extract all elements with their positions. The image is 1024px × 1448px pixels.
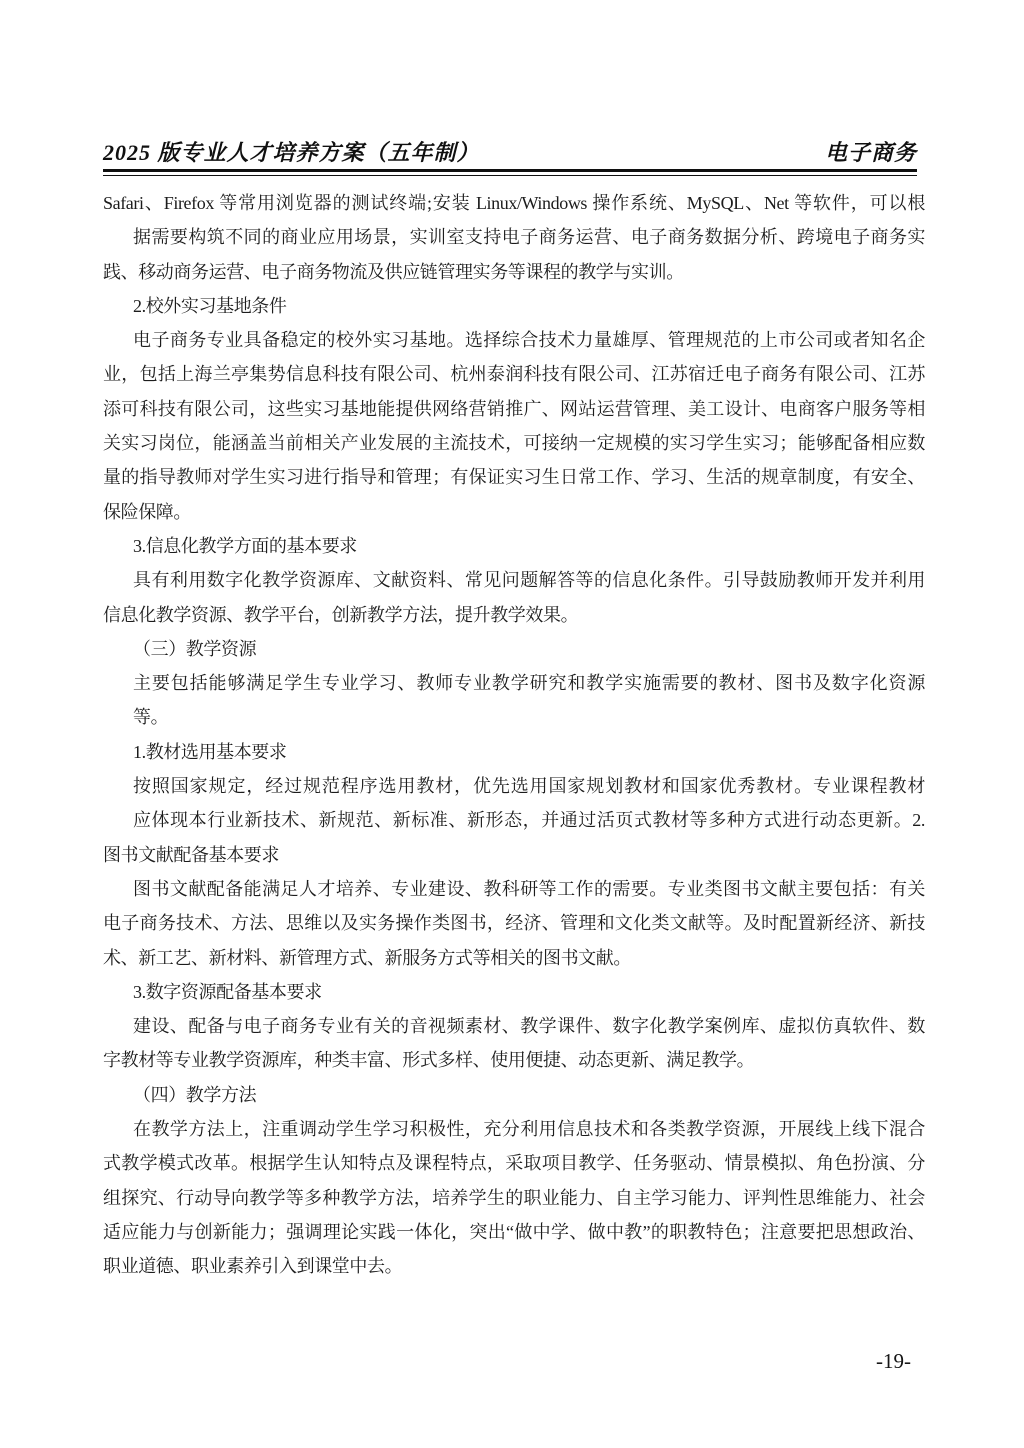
text-line: 业，包括上海兰亭集势信息科技有限公司、杭州泰润科技有限公司、江苏宿迁电子商务有限… [103, 357, 925, 391]
text-line: 3.数字资源配备基本要求 [103, 975, 925, 1009]
text-line: Safari、Firefox 等常用浏览器的测试终端;安装 Linux/Wind… [103, 186, 925, 220]
text-line: 电子商务专业具备稳定的校外实习基地。选择综合技术力量雄厚、管理规范的上市公司或者… [103, 323, 925, 357]
page-footer: -19- [103, 1349, 925, 1374]
text-line: 添可科技有限公司，这些实习基地能提供网络营销推广、网站运营管理、美工设计、电商客… [103, 392, 925, 426]
header-title-left: 2025 版专业人才培养方案（五年制） [103, 136, 480, 167]
text-line: 建设、配备与电子商务专业有关的音视频素材、教学课件、数字化教学案例库、虚拟仿真软… [103, 1009, 925, 1043]
document-page: 2025 版专业人才培养方案（五年制） 电子商务 Safari、Firefox … [0, 0, 1024, 1448]
text-line: 适应能力与创新能力；强调理论实践一体化，突出“做中学、做中教”的职教特色；注意要… [103, 1215, 925, 1249]
text-line: 职业道德、职业素养引入到课堂中去。 [103, 1249, 925, 1283]
header-double-rule [103, 169, 917, 176]
text-line: 1.教材选用基本要求 [103, 735, 925, 769]
text-line: 信息化教学资源、教学平台，创新教学方法，提升教学效果。 [103, 598, 925, 632]
text-line: 电子商务技术、方法、思维以及实务操作类图书，经济、管理和文化类文献等。及时配置新… [103, 906, 925, 940]
text-line: 在教学方法上，注重调动学生学习积极性，充分利用信息技术和各类教学资源，开展线上线… [103, 1112, 925, 1146]
text-line: 据需要构筑不同的商业应用场景，实训室支持电子商务运营、电子商务数据分析、跨境电子… [103, 220, 925, 254]
text-line: 等。 [103, 700, 925, 734]
text-line: 按照国家规定，经过规范程序选用教材，优先选用国家规划教材和国家优秀教材。专业课程… [103, 769, 925, 803]
text-line: （四）教学方法 [103, 1078, 925, 1112]
text-line: 图书文献配备能满足人才培养、专业建设、教科研等工作的需要。专业类图书文献主要包括… [103, 872, 925, 906]
page-number: -19- [876, 1349, 911, 1373]
text-line: 具有利用数字化教学资源库、文献资料、常见问题解答等的信息化条件。引导鼓励教师开发… [103, 563, 925, 597]
text-line: 2.校外实习基地条件 [103, 289, 925, 323]
text-line: 关实习岗位，能涵盖当前相关产业发展的主流技术，可接纳一定规模的实习学生实习；能够… [103, 426, 925, 460]
text-line: 式教学模式改革。根据学生认知特点及课程特点，采取项目教学、任务驱动、情景模拟、角… [103, 1146, 925, 1180]
page-header: 2025 版专业人才培养方案（五年制） 电子商务 [103, 136, 917, 167]
text-line: 字教材等专业教学资源库，种类丰富、形式多样、使用便捷、动态更新、满足教学。 [103, 1043, 925, 1077]
text-line: 保险保障。 [103, 495, 925, 529]
text-line: 践、移动商务运营、电子商务物流及供应链管理实务等课程的教学与实训。 [103, 255, 925, 289]
text-line: 应体现本行业新技术、新规范、新标准、新形态，并通过活页式教材等多种方式进行动态更… [103, 803, 925, 837]
body-text: Safari、Firefox 等常用浏览器的测试终端;安装 Linux/Wind… [103, 186, 925, 1284]
text-line: 主要包括能够满足学生专业学习、教师专业教学研究和教学实施需要的教材、图书及数字化… [103, 666, 925, 700]
text-line: （三）教学资源 [103, 632, 925, 666]
header-title-right: 电子商务 [825, 136, 917, 167]
text-line: 组探究、行动导向教学等多种教学方法，培养学生的职业能力、自主学习能力、评判性思维… [103, 1181, 925, 1215]
text-line: 3.信息化教学方面的基本要求 [103, 529, 925, 563]
text-line: 术、新工艺、新材料、新管理方式、新服务方式等相关的图书文献。 [103, 941, 925, 975]
text-line: 量的指导教师对学生实习进行指导和管理；有保证实习生日常工作、学习、生活的规章制度… [103, 460, 925, 494]
text-line: 图书文献配备基本要求 [103, 838, 925, 872]
